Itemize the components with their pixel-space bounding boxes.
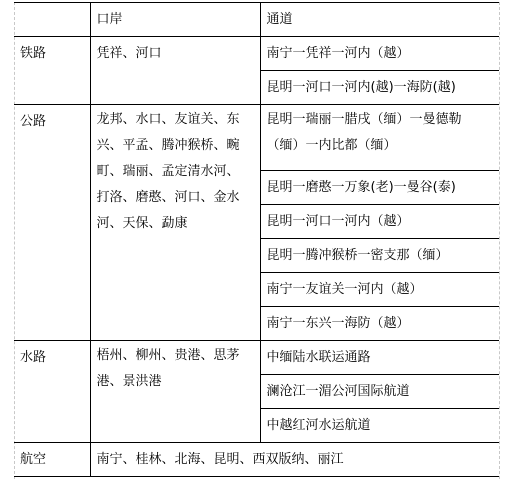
ports-cell-air: 南宁、桂林、北海、昆明、西双版纳、丽江	[90, 443, 499, 477]
header-cell-channels: 通道	[260, 3, 499, 37]
ports-text-road: 龙邦、水口、友谊关、东 兴、平孟、腾冲猴桥、畹 町、瑞丽、孟定清水河、 打洛、磨…	[97, 105, 260, 237]
ports-text-water: 梧州、柳州、贵港、思茅 港、景洪港	[97, 341, 260, 395]
channel-cell: 昆明一磨憨一万象(老)一曼谷(泰)	[260, 171, 499, 205]
table-row-rail: 铁路 凭祥、河口 南宁一凭祥一河内（越）	[14, 37, 499, 71]
channel-cell: 昆明一腾冲猴桥一密支那（缅）	[260, 239, 499, 273]
transport-ports-table: 口岸 通道 铁路 凭祥、河口 南宁一凭祥一河内（越） 昆明一河口一河内(越)一海…	[14, 2, 499, 477]
channel-cell: 昆明一河口一河内(越)一海防(越)	[260, 71, 499, 105]
table-row-air: 航空 南宁、桂林、北海、昆明、西双版纳、丽江	[14, 443, 499, 477]
mode-cell-road: 公路	[14, 105, 90, 341]
ports-cell-road: 龙邦、水口、友谊关、东 兴、平孟、腾冲猴桥、畹 町、瑞丽、孟定清水河、 打洛、磨…	[90, 105, 260, 341]
channel-cell: 南宁一凭祥一河内（越）	[260, 37, 499, 71]
header-cell-empty	[14, 3, 90, 37]
channel-text: 昆明一瑞丽一腊戌（缅）一曼德勒 （缅）一内比都（缅）	[267, 105, 500, 159]
mode-cell-rail: 铁路	[14, 37, 90, 105]
channel-cell: 南宁一东兴一海防（越）	[260, 307, 499, 341]
table-row-water: 水路 梧州、柳州、贵港、思茅 港、景洪港 中缅陆水联运通路	[14, 341, 499, 375]
channel-cell: 昆明一河口一河内（越）	[260, 205, 499, 239]
ports-cell-water: 梧州、柳州、贵港、思茅 港、景洪港	[90, 341, 260, 443]
mode-cell-water: 水路	[14, 341, 90, 443]
header-row: 口岸 通道	[14, 3, 499, 37]
channel-cell: 中缅陆水联运通路	[260, 341, 499, 375]
channel-cell: 中越红河水运航道	[260, 409, 499, 443]
channel-cell: 澜沧江一湄公河国际航道	[260, 375, 499, 409]
header-cell-ports: 口岸	[90, 3, 260, 37]
ports-cell-rail: 凭祥、河口	[90, 37, 260, 105]
channel-cell: 南宁一友谊关一河内（越）	[260, 273, 499, 307]
channel-cell: 昆明一瑞丽一腊戌（缅）一曼德勒 （缅）一内比都（缅）	[260, 105, 499, 171]
table-row-road: 公路 龙邦、水口、友谊关、东 兴、平孟、腾冲猴桥、畹 町、瑞丽、孟定清水河、 打…	[14, 105, 499, 171]
mode-cell-air: 航空	[14, 443, 90, 477]
